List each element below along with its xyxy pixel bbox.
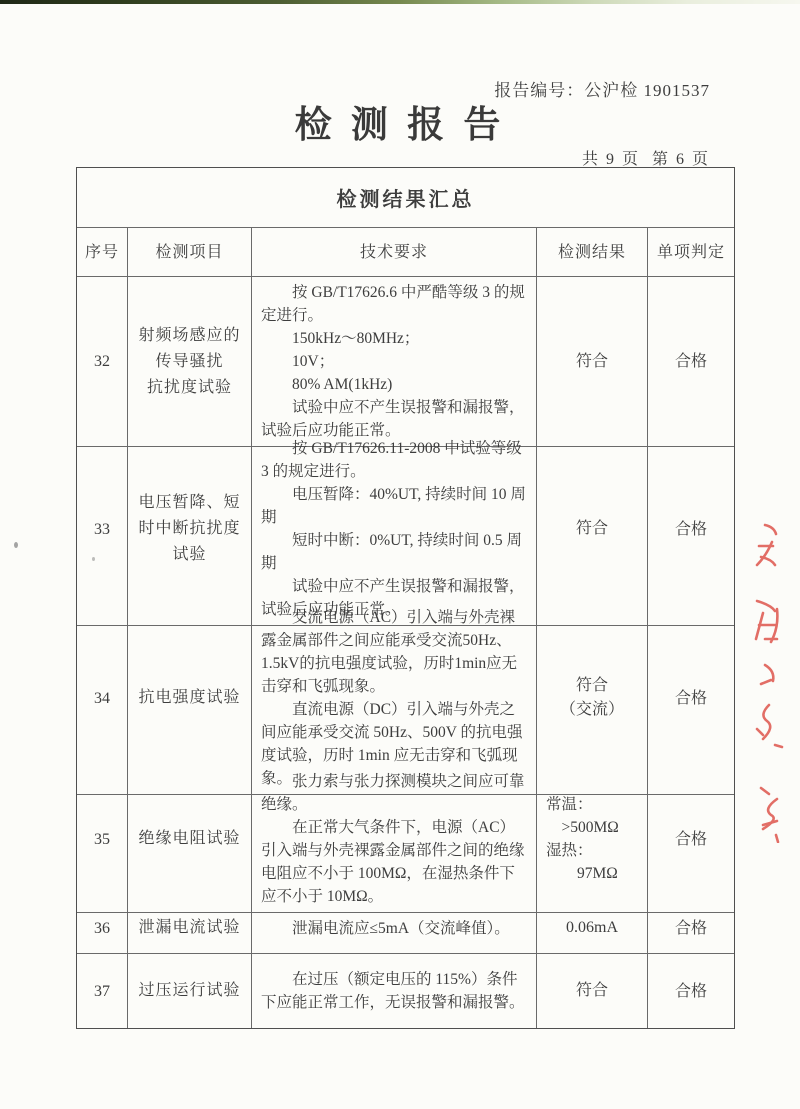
test-result: 常温： >500MΩ湿热： 97MΩ: [537, 766, 648, 913]
test-item: 泄漏电流试验: [128, 903, 252, 954]
table-row: 35绝缘电阻试验张力索与张力探测模块之间应可靠绝缘。在正常大气条件下，电源（AC…: [77, 766, 734, 903]
table-row: 36泄漏电流试验泄漏电流应≤5mA（交流峰值）。0.06mA合格: [77, 903, 734, 954]
results-table: 检测结果汇总 序号检测项目技术要求检测结果单项判定 32射频场感应的传导骚扰抗扰…: [76, 167, 735, 1029]
technical-requirement: 张力索与张力探测模块之间应可靠绝缘。在正常大气条件下，电源（AC）引入端与外壳裸…: [252, 766, 537, 913]
row-number: 37: [77, 954, 128, 1028]
table-header-row: 序号检测项目技术要求检测结果单项判定: [77, 228, 734, 277]
table-row: 34抗电强度试验交流电源（AC）引入端与外壳裸露金属部件之间应能承受交流50Hz…: [77, 602, 734, 766]
row-number: 36: [77, 903, 128, 954]
technical-requirement: 泄漏电流应≤5mA（交流峰值）。: [252, 903, 537, 954]
judgment: 合格: [648, 954, 734, 1028]
table-row: 32射频场感应的传导骚扰抗扰度试验按 GB/T17626.6 中严酷等级 3 的…: [77, 277, 734, 433]
table-row: 37过压运行试验在过压（额定电压的 115%）条件下应能正常工作，无误报警和漏报…: [77, 954, 734, 1028]
column-header: 单项判定: [648, 228, 734, 277]
test-item: 射频场感应的传导骚扰抗扰度试验: [128, 277, 252, 447]
column-header: 检测结果: [537, 228, 648, 277]
table-body: 32射频场感应的传导骚扰抗扰度试验按 GB/T17626.6 中严酷等级 3 的…: [77, 277, 734, 1028]
page-count: 共 9 页 第 6 页: [582, 146, 710, 169]
technical-requirement: 按 GB/T17626.11-2008 中试验等级 3 的规定进行。电压暂降：4…: [252, 433, 537, 626]
page-title: 检 测 报 告: [0, 94, 800, 148]
row-number: 33: [77, 433, 128, 626]
test-result: 0.06mA: [537, 903, 648, 954]
scan-speck: [14, 542, 18, 548]
test-result: 符合: [537, 433, 648, 626]
technical-requirement: 在过压（额定电压的 115%）条件下应能正常工作，无误报警和漏报警。: [252, 954, 537, 1028]
test-item: 过压运行试验: [128, 954, 252, 1028]
row-number: 35: [77, 766, 128, 913]
table-row: 33电压暂降、短时中断抗扰度试验按 GB/T17626.11-2008 中试验等…: [77, 433, 734, 602]
technical-requirement: 按 GB/T17626.6 中严酷等级 3 的规定进行。150kHz～80MHz…: [252, 277, 537, 447]
judgment: 合格: [648, 277, 734, 447]
test-item: 绝缘电阻试验: [128, 766, 252, 913]
column-header: 技术要求: [252, 228, 537, 277]
judgment: 合格: [648, 766, 734, 913]
test-result: 符合: [537, 954, 648, 1028]
column-header: 序号: [77, 228, 128, 277]
judgment: 合格: [648, 433, 734, 626]
column-header: 检测项目: [128, 228, 252, 277]
scan-speck: [92, 557, 95, 561]
test-item: 电压暂降、短时中断抗扰度试验: [128, 433, 252, 626]
scanned-report-page: 报告编号：公沪检 1901537 检 测 报 告 共 9 页 第 6 页 检测结…: [0, 0, 800, 1109]
test-result: 符合: [537, 277, 648, 447]
row-number: 32: [77, 277, 128, 447]
paging-seal-fragments-icon: [735, 513, 795, 843]
table-title: 检测结果汇总: [77, 168, 734, 228]
scanner-edge-artifact: [0, 0, 800, 4]
judgment: 合格: [648, 903, 734, 954]
